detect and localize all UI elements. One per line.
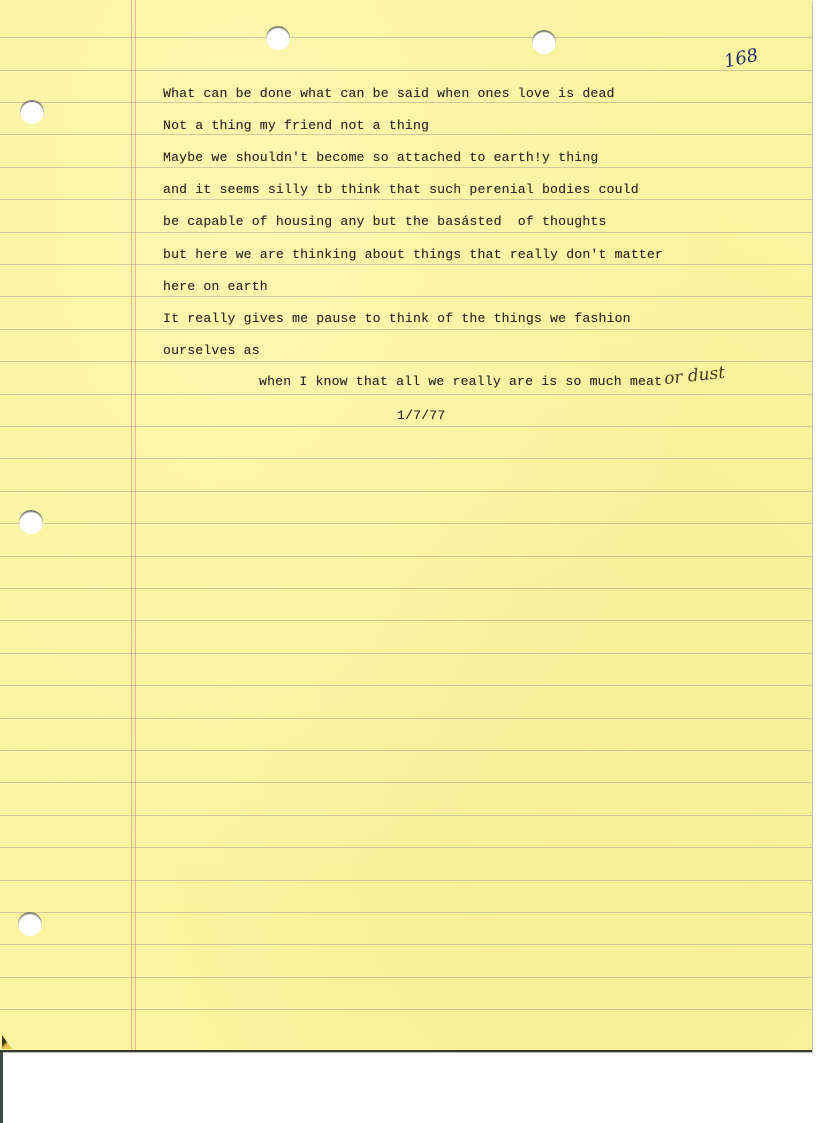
rule-line [0, 329, 812, 330]
rule-line [0, 199, 812, 200]
rule-line [0, 912, 812, 913]
rule-line [0, 944, 812, 945]
punch-hole-left-top [20, 100, 44, 124]
handwritten-annotation: or dust [663, 363, 726, 389]
rule-line [0, 232, 812, 233]
rule-line [0, 264, 812, 265]
rule-line [0, 685, 812, 686]
scan-edge-shadow [0, 1052, 3, 1123]
rule-line [0, 620, 812, 621]
rule-line [0, 458, 812, 459]
poem-date: 1/7/77 [397, 408, 445, 423]
margin-line-left [131, 0, 132, 1050]
rule-line [0, 167, 812, 168]
rule-line [0, 523, 812, 524]
poem-line-5: be capable of housing any but the basást… [163, 214, 607, 229]
rule-line [0, 296, 812, 297]
rule-line [0, 847, 812, 848]
poem-line-3: Maybe we shouldn't become so attached to… [163, 150, 598, 165]
poem-line-6: but here we are thinking about things th… [163, 247, 663, 262]
poem-line-1: What can be done what can be said when o… [163, 86, 615, 101]
poem-line-7: here on earth [163, 279, 268, 294]
rule-line [0, 750, 812, 751]
rule-line [0, 718, 812, 719]
legal-paper-page: 168 What can be done what can be said wh… [0, 0, 812, 1052]
rule-line [0, 653, 812, 654]
rule-line [0, 815, 812, 816]
rule-line [0, 880, 812, 881]
rule-line [0, 70, 812, 71]
rule-line [0, 37, 812, 38]
rule-line [0, 426, 812, 427]
rule-line [0, 491, 812, 492]
poem-line-8: It really gives me pause to think of the… [163, 311, 631, 326]
punch-hole-left-bottom [18, 912, 42, 936]
rule-line [0, 134, 812, 135]
poem-line-2: Not a thing my friend not a thing [163, 118, 429, 133]
punch-hole-left-middle [19, 510, 43, 534]
folded-corner [2, 1035, 12, 1049]
rule-line [0, 977, 812, 978]
poem-line-4: and it seems silly tb think that such pe… [163, 182, 639, 197]
poem-line-9: ourselves as [163, 343, 260, 358]
rule-line [0, 1009, 812, 1010]
handwritten-page-number: 168 [722, 45, 760, 73]
rule-line [0, 782, 812, 783]
margin-line-right [135, 0, 136, 1050]
rule-line [0, 361, 812, 362]
rule-line [0, 588, 812, 589]
rule-line [0, 394, 812, 395]
rule-line [0, 556, 812, 557]
rule-line [0, 102, 812, 103]
poem-line-10: when I know that all we really are is so… [259, 374, 662, 389]
punch-hole-top-left [266, 26, 290, 50]
punch-hole-top-right [532, 30, 556, 54]
